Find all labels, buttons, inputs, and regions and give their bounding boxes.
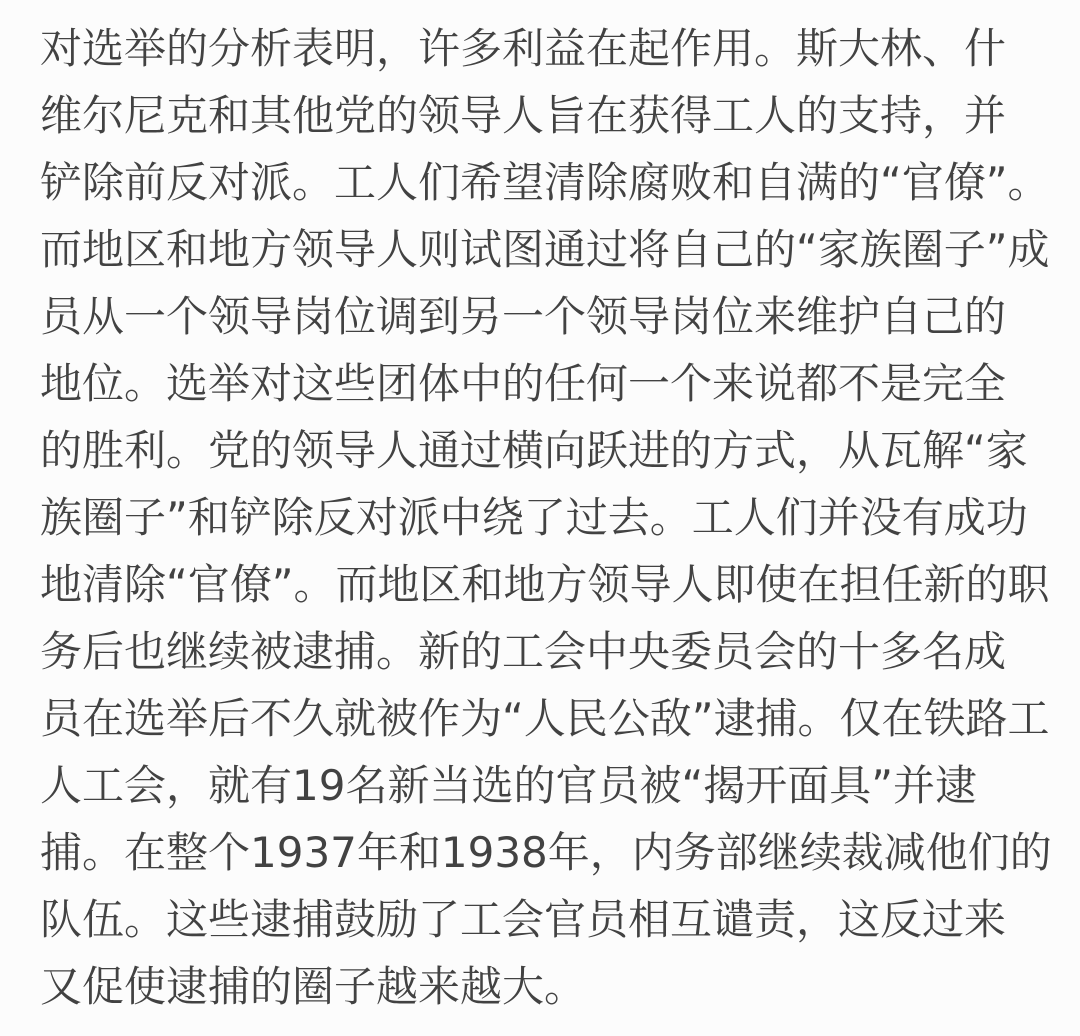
document-page: 对选举的分析表明，许多利益在起作用。斯大林、什 维尔尼克和其他党的领导人旨在获得… <box>0 0 1080 1036</box>
article-text: 对选举的分析表明，许多利益在起作用。斯大林、什 维尔尼克和其他党的领导人旨在获得… <box>40 15 1042 1020</box>
text-line: 而地区和地方领导人则试图通过将自己的“家族圈子”成 <box>40 216 1042 283</box>
text-line: 员从一个领导岗位调到另一个领导岗位来维护自己的 <box>40 283 1042 350</box>
text-line: 务后也继续被逮捕。新的工会中央委员会的十多名成 <box>40 618 1042 685</box>
text-line: 对选举的分析表明，许多利益在起作用。斯大林、什 <box>40 15 1042 82</box>
text-line: 捕。在整个1937年和1938年，内务部继续裁减他们的 <box>40 819 1042 886</box>
text-line: 队伍。这些逮捕鼓励了工会官员相互谴责，这反过来 <box>40 886 1042 953</box>
text-line: 族圈子”和铲除反对派中绕了过去。工人们并没有成功 <box>40 484 1042 551</box>
text-line: 地位。选举对这些团体中的任何一个来说都不是完全 <box>40 350 1042 417</box>
text-line: 的胜利。党的领导人通过横向跃进的方式，从瓦解“家 <box>40 417 1042 484</box>
text-line: 人工会，就有19名新当选的官员被“揭开面具”并逮 <box>40 752 1042 819</box>
text-line: 维尔尼克和其他党的领导人旨在获得工人的支持，并 <box>40 82 1042 149</box>
text-line: 又促使逮捕的圈子越来越大。 <box>40 953 1042 1020</box>
text-line: 铲除前反对派。工人们希望清除腐败和自满的“官僚”。 <box>40 149 1042 216</box>
text-line: 地清除“官僚”。而地区和地方领导人即使在担任新的职 <box>40 551 1042 618</box>
text-line: 员在选举后不久就被作为“人民公敌”逮捕。仅在铁路工 <box>40 685 1042 752</box>
